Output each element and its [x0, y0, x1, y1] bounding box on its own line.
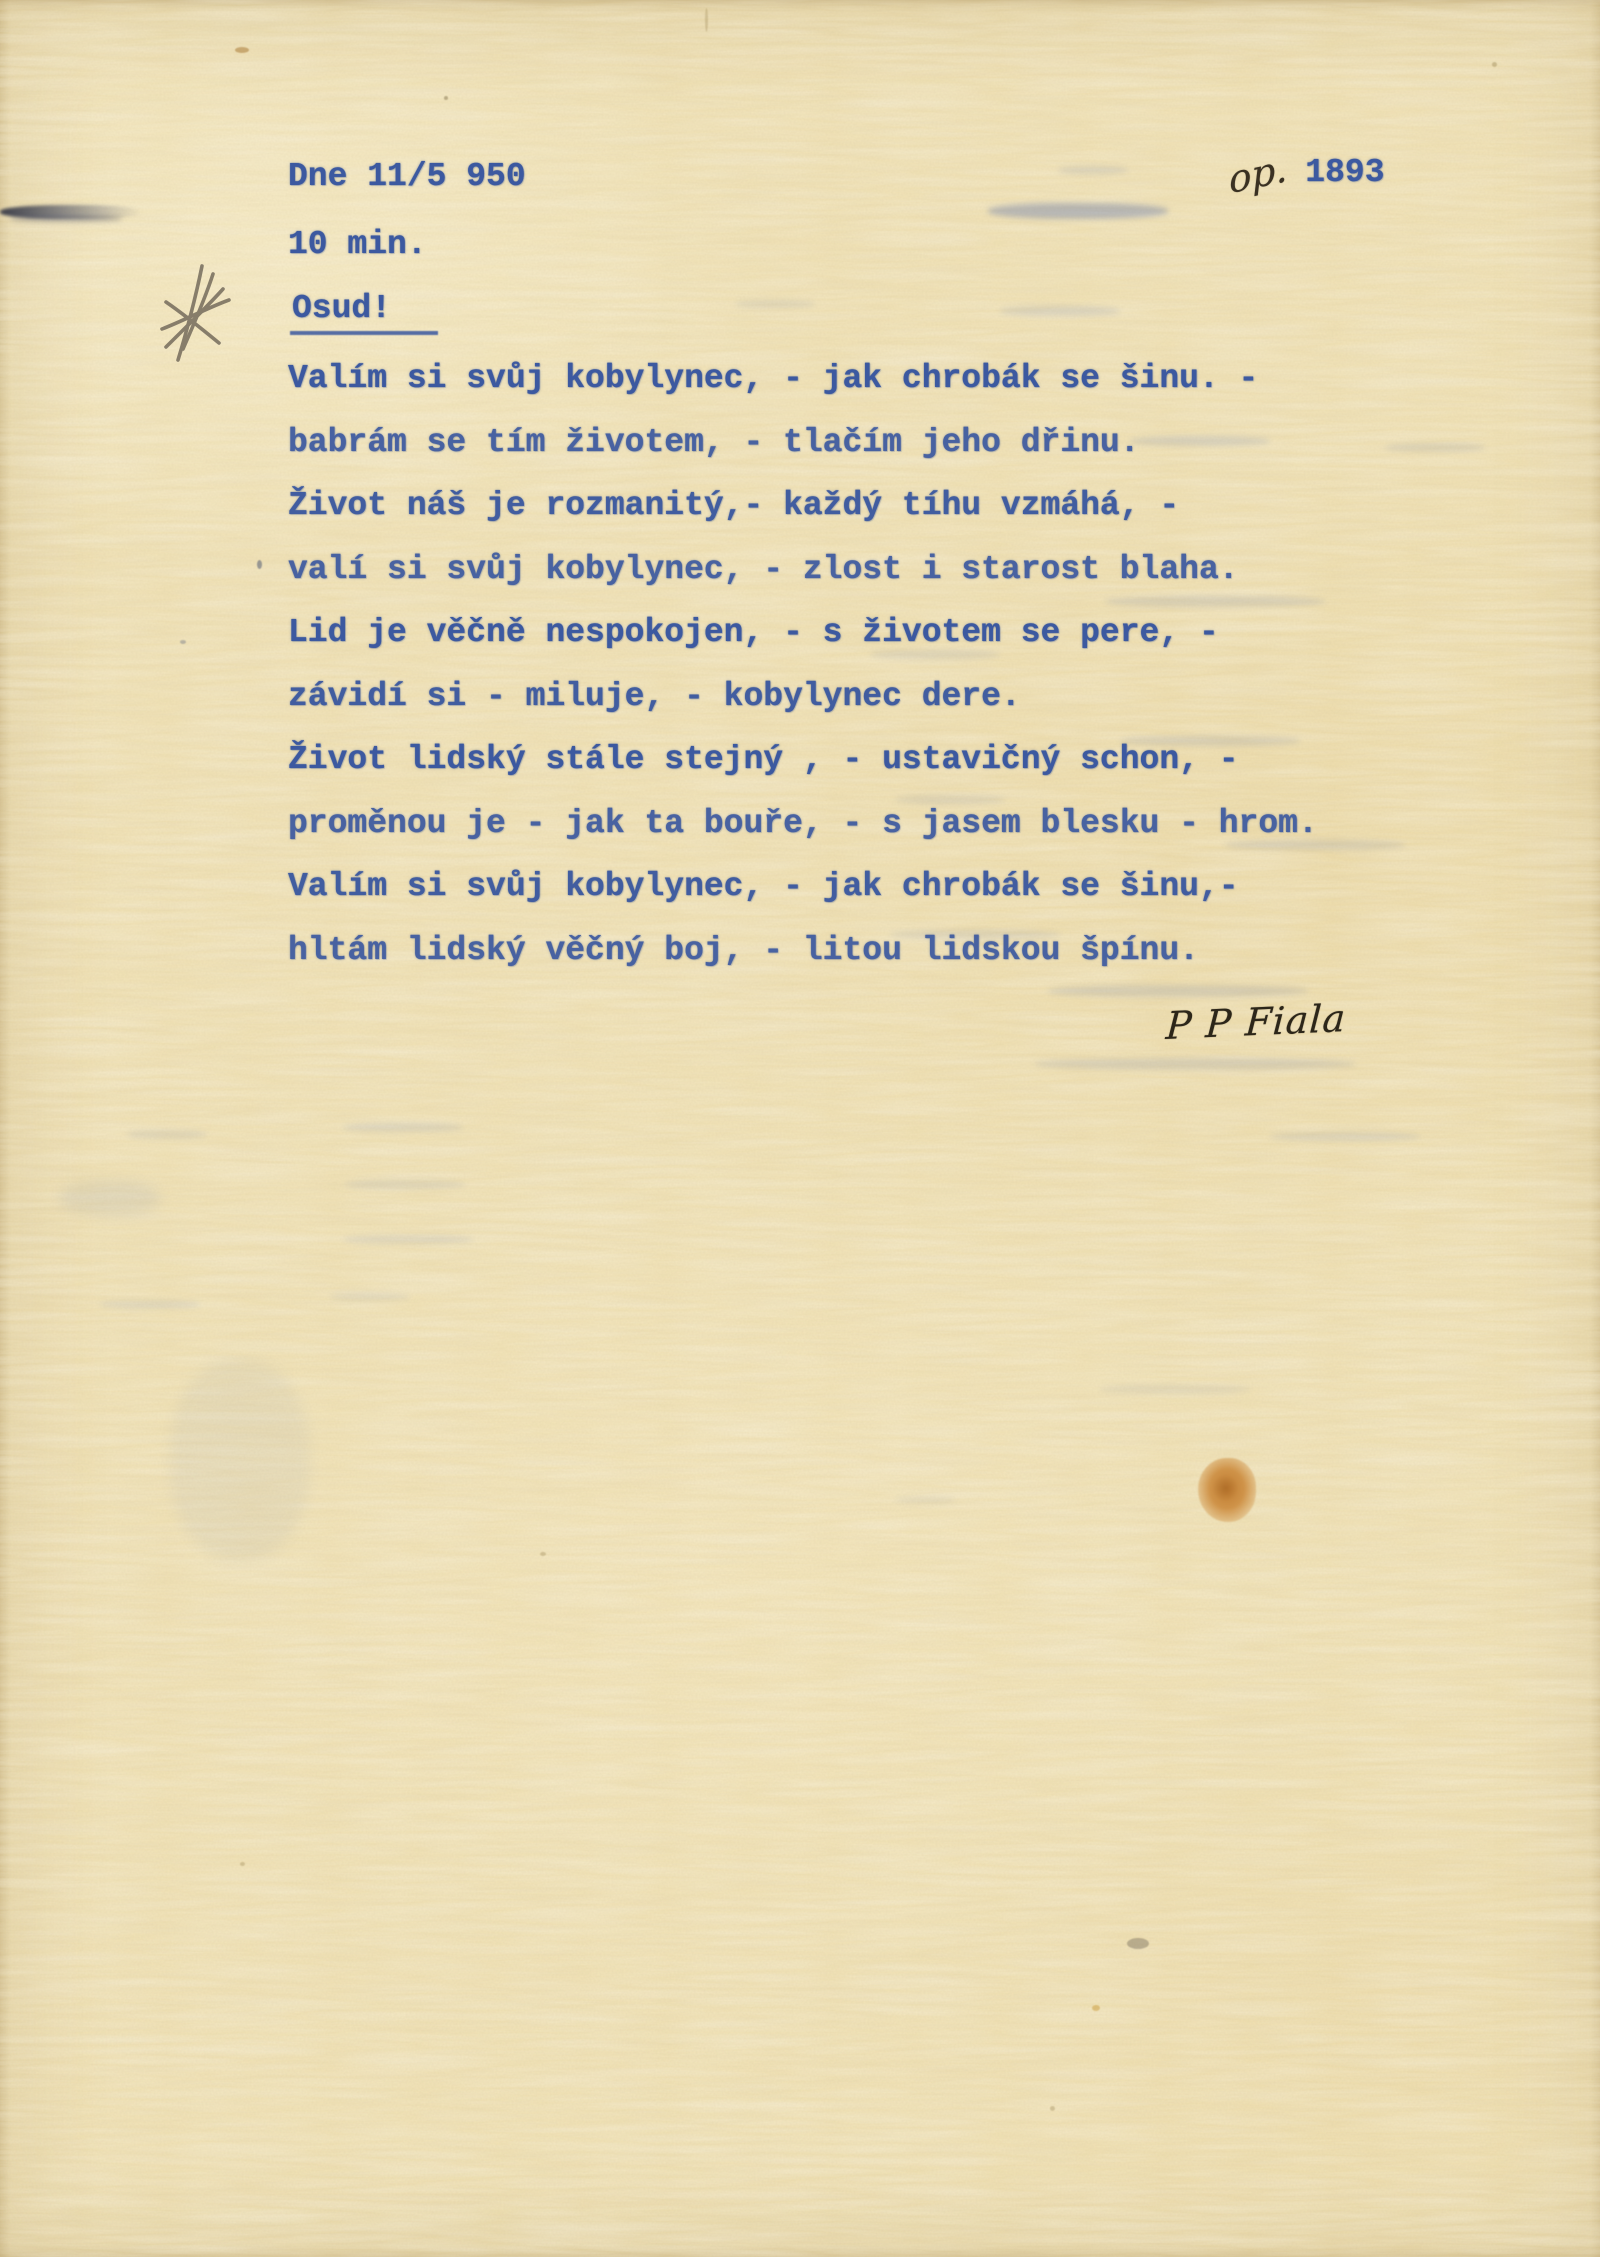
bleedthrough-smudge [1270, 1132, 1420, 1141]
paper-speck [235, 47, 249, 53]
poem-line-2: babrám se tím životem, - tlačím jeho dři… [288, 411, 1318, 475]
paper-speck [540, 1552, 546, 1556]
ink-smudge-left-edge [0, 205, 142, 219]
bleedthrough-smudge [60, 1180, 160, 1216]
paper-speck [1050, 2106, 1055, 2111]
bleedthrough-smudge [170, 1360, 310, 1560]
poem-title: Osud! [292, 290, 391, 327]
paper-stain [1198, 1458, 1256, 1522]
bleedthrough-smudge [1058, 166, 1128, 174]
poem-line-6: závidí si - miluje, - kobylynec dere. [288, 665, 1318, 729]
poem-line-1: Valím si svůj kobylynec, - jak chrobák s… [288, 347, 1318, 411]
paper-speck [1092, 2005, 1100, 2011]
bleedthrough-smudge [1000, 306, 1120, 316]
bleedthrough-smudge [330, 1293, 410, 1301]
bleedthrough-smudge [100, 1300, 200, 1309]
poem-line-7: Život lidský stále stejný , - ustavičný … [288, 728, 1318, 792]
paper-speck [1492, 62, 1497, 67]
bleedthrough-smudge [345, 1180, 465, 1189]
bleedthrough-smudge [895, 1496, 955, 1504]
duration-line: 10 min. [288, 226, 427, 263]
bleedthrough-smudge [1100, 1385, 1250, 1394]
poem-line-4: valí si svůj kobylynec, - zlost i staros… [288, 538, 1318, 602]
bleedthrough-smudge [735, 300, 815, 308]
paper-speck [257, 560, 262, 569]
paper-speck [240, 1862, 245, 1866]
signature-handwritten: P P Fiala [1165, 996, 1348, 1048]
poem-line-9: Valím si svůj kobylynec, - jak chrobák s… [288, 855, 1318, 919]
handwritten-asterisk-mark [156, 262, 238, 364]
bleedthrough-smudge [343, 1235, 473, 1244]
bleedthrough-smudge [1035, 1058, 1355, 1070]
handwritten-opus-label: op. [1227, 146, 1288, 203]
bleedthrough-smudge [988, 203, 1168, 219]
bleedthrough-smudge [343, 1123, 463, 1132]
poem-body: Valím si svůj kobylynec, - jak chrobák s… [288, 347, 1318, 982]
manuscript-page: Dne 11/5 950 10 min. op. 1893 Osud! Valí… [0, 0, 1600, 2257]
bleedthrough-smudge [1385, 443, 1485, 452]
opus-group: op. 1893 [1228, 148, 1385, 192]
opus-number: 1893 [1305, 154, 1384, 191]
paper-speck [705, 8, 708, 32]
paper-speck [1127, 1938, 1149, 1949]
paper-grain-texture [0, 0, 1600, 2257]
title-underline [290, 331, 438, 335]
paper-speck [180, 640, 186, 644]
date-line: Dne 11/5 950 [288, 158, 526, 195]
bleedthrough-smudge [127, 1130, 207, 1139]
paper-speck [444, 96, 448, 100]
bleedthrough-smudge [1048, 985, 1308, 997]
poem-line-8: proměnou je - jak ta bouře, - s jasem bl… [288, 792, 1318, 856]
poem-line-10: hltám lidský věčný boj, - litou lidskou … [288, 919, 1318, 983]
poem-line-5: Lid je věčně nespokojen, - s životem se … [288, 601, 1318, 665]
poem-line-3: Život náš je rozmanitý,- každý tíhu vzmá… [288, 474, 1318, 538]
